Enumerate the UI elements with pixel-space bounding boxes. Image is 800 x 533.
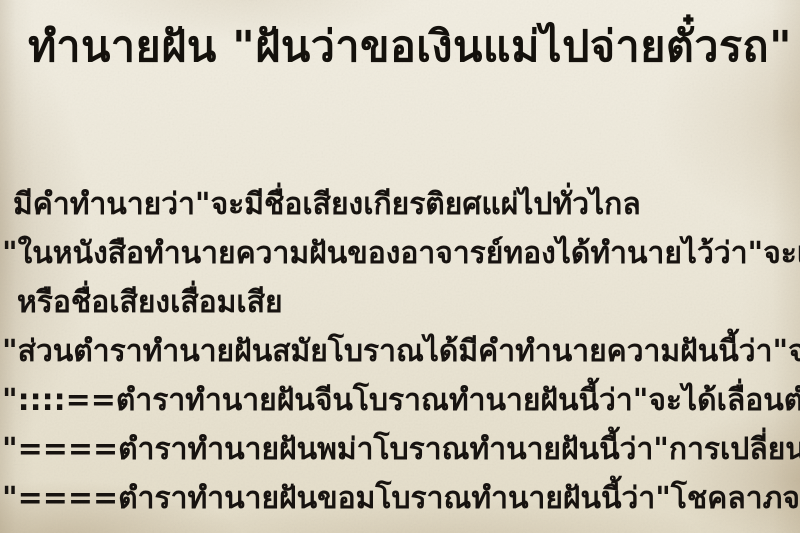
prediction-line-2: "ในหนังสือทำนายความฝันของอาจารย์ทองได้ทำ…	[0, 229, 800, 278]
prediction-line-3: หรือชื่อเสียงเสื่อมเสีย	[0, 278, 800, 327]
prediction-text-block: มีคำทำนายว่า"จะมีชื่อเสียงเกียรติยศแผ่ไป…	[0, 180, 800, 523]
prediction-line-6: "====ตำราทำนายฝันพม่าโบราณทำนายฝันนี้ว่า…	[0, 425, 800, 474]
aged-paper-background: ทำนายฝัน "ฝันว่าขอเงินแม่ไปจ่ายตั๋วรถ" ม…	[0, 0, 800, 533]
prediction-line-1: มีคำทำนายว่า"จะมีชื่อเสียงเกียรติยศแผ่ไป…	[0, 180, 800, 229]
page-title: ทำนายฝัน "ฝันว่าขอเงินแม่ไปจ่ายตั๋วรถ"	[28, 12, 792, 80]
prediction-line-7: "====ตำราทำนายฝันขอมโบราณทำนายฝันนี้ว่า"…	[0, 474, 800, 523]
prediction-line-4: "ส่วนตำราทำนายฝันสมัยโบราณได้มีคำทำนายคว…	[0, 327, 800, 376]
prediction-line-5: "::::==ตำราทำนายฝันจีนโบราณทำนายฝันนี้ว่…	[0, 376, 800, 425]
